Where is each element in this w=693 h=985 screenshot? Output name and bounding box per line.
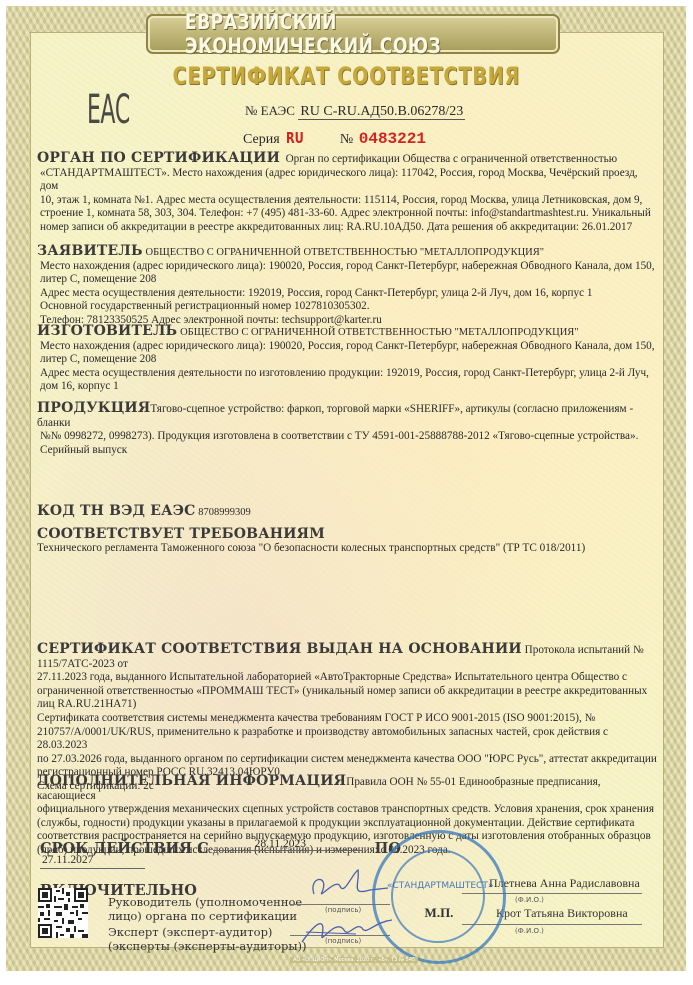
series-line: Серия RU № 0483221 bbox=[243, 129, 426, 148]
eac-logo-icon: ЕАС bbox=[87, 87, 130, 133]
document-title-wrap: СЕРТИФИКАТ СООТВЕТСТВИЯ bbox=[0, 62, 693, 90]
stamp-text: «СТАНДАРТМАШТЕСТ» bbox=[387, 881, 491, 891]
text-line: Сертификата соответствия системы менеджм… bbox=[37, 712, 657, 726]
certification-body-section: ОРГАН ПО СЕРТИФИКАЦИИ Орган по сертифика… bbox=[37, 152, 657, 235]
text-line: официального утверждения механических сц… bbox=[37, 803, 657, 817]
text-line: литер С, помещение 208 bbox=[37, 353, 657, 367]
registration-number: № ЕАЭС RU C-RU.АД50.В.06278/23 bbox=[245, 103, 465, 120]
validity-to-date: 27.11.2027 bbox=[42, 854, 93, 866]
text-line: «СТАНДАРТМАШТЕСТ». Место нахождения (адр… bbox=[37, 167, 657, 194]
text-line: Орган по сертификации Общества с огранич… bbox=[286, 153, 618, 165]
text-line: по 27.03.2026 года, выданного органом по… bbox=[37, 753, 657, 767]
text-line: 210757/А/0001/UK/RUS, применительно к ра… bbox=[37, 726, 657, 753]
product-heading: ПРОДУКЦИЯ bbox=[37, 400, 150, 416]
text-line: дом 16, корпус 1 bbox=[37, 380, 657, 394]
expert-name: Крот Татьяна Викторовна bbox=[496, 906, 628, 921]
head-signatory-name: Плетнева Анна Радиславовна bbox=[489, 876, 640, 891]
reg-label: № ЕАЭС bbox=[245, 103, 295, 118]
text-line: литер С, помещение 208 bbox=[37, 273, 657, 287]
applicant-heading: ЗАЯВИТЕЛЬ bbox=[37, 243, 143, 259]
certification-body-heading: ОРГАН ПО СЕРТИФИКАЦИИ bbox=[37, 150, 280, 166]
union-title: ЕВРАЗИЙСКИЙ ЭКОНОМИЧЕСКИЙ СОЮЗ bbox=[185, 10, 521, 58]
text-line: Место нахождения (адрес юридического лиц… bbox=[37, 260, 657, 274]
text-line: Место нахождения (адрес юридического лиц… bbox=[37, 340, 657, 354]
basis-heading: СЕРТИФИКАТ СООТВЕТСТВИЯ ВЫДАН НА ОСНОВАН… bbox=[37, 641, 522, 657]
applicant-name: ОБЩЕСТВО С ОГРАНИЧЕННОЙ ОТВЕТСТВЕННОСТЬЮ… bbox=[146, 247, 545, 258]
basis-section: СЕРТИФИКАТ СООТВЕТСТВИЯ ВЫДАН НА ОСНОВАН… bbox=[37, 643, 657, 794]
validity-from-date: 28.11.2023 bbox=[255, 838, 306, 850]
certification-stamp: «СТАНДАРТМАШТЕСТ» М.П. bbox=[372, 830, 506, 964]
blank-number-label: № bbox=[340, 132, 353, 147]
manufacturer-heading: ИЗГОТОВИТЕЛЬ bbox=[37, 323, 177, 339]
hs-code-heading: КОД ТН ВЭД ЕАЭС bbox=[37, 503, 195, 519]
expert-signatory-label: Эксперт (эксперт-аудитор) (эксперты (экс… bbox=[108, 925, 307, 953]
document-title: СЕРТИФИКАТ СООТВЕТСТВИЯ bbox=[173, 62, 521, 90]
validity-to-field: 27.11.2027 bbox=[40, 868, 145, 869]
text-line: №№ 0998272, 0998273). Продукция изготовл… bbox=[37, 430, 657, 444]
reg-value: RU C-RU.АД50.В.06278/23 bbox=[298, 104, 465, 120]
text-line: строение 1, комната 58, 303, 304. Телефо… bbox=[37, 207, 657, 221]
validity-from-field: 28.11.2023 bbox=[213, 850, 363, 851]
text-line: (службы, годности) продукции указаны в п… bbox=[37, 817, 657, 831]
head-name-caption: (Ф.И.О.) bbox=[515, 896, 544, 904]
product-section: ПРОДУКЦИЯТягово-сцепное устройство: фарк… bbox=[37, 402, 657, 457]
manufacturer-section: ИЗГОТОВИТЕЛЬ ОБЩЕСТВО С ОГРАНИЧЕННОЙ ОТВ… bbox=[37, 325, 657, 394]
label-line: Руководитель (уполномоченное bbox=[108, 895, 302, 909]
seal-label: М.П. bbox=[375, 905, 503, 921]
blank-number: 0483221 bbox=[359, 130, 426, 148]
manufacturer-name: ОБЩЕСТВО С ОГРАНИЧЕННОЙ ОТВЕТСТВЕННОСТЬЮ… bbox=[180, 327, 579, 338]
applicant-section: ЗАЯВИТЕЛЬ ОБЩЕСТВО С ОГРАНИЧЕННОЙ ОТВЕТС… bbox=[37, 245, 657, 328]
head-signatory-label: Руководитель (уполномоченное лицо) орган… bbox=[108, 895, 302, 923]
hs-code-value: 8708999309 bbox=[198, 507, 251, 518]
series-value: RU bbox=[286, 129, 304, 147]
conformity-text: Технического регламента Таможенного союз… bbox=[37, 542, 657, 556]
text-line: Адрес места осуществления деятельности: … bbox=[37, 287, 657, 301]
expert-name-caption: (Ф.И.О.) bbox=[515, 927, 544, 935]
stamp-inner-ring bbox=[391, 849, 485, 943]
text-line: 27.11.2023 года, выданного Испытательной… bbox=[37, 671, 657, 685]
text-line: ограниченной ответственностью «ПРОММАШ Т… bbox=[37, 685, 657, 699]
additional-heading: ДОПОЛНИТЕЛЬНАЯ ИНФОРМАЦИЯ bbox=[37, 773, 346, 789]
text-line: Адрес места осуществления деятельности п… bbox=[37, 367, 657, 381]
text-line: лиц RA.RU.21НА71) bbox=[37, 698, 657, 712]
union-banner: ЕВРАЗИЙСКИЙ ЭКОНОМИЧЕСКИЙ СОЮЗ bbox=[146, 14, 560, 54]
conformity-heading: СООТВЕТСТВУЕТ ТРЕБОВАНИЯМ bbox=[37, 528, 657, 542]
qr-code-icon[interactable] bbox=[38, 888, 88, 938]
text-line: Основной государственный регистрационный… bbox=[37, 300, 657, 314]
label-line: лицо) органа по сертификации bbox=[108, 909, 302, 923]
series-label: Серия bbox=[243, 132, 280, 147]
text-line: 10, этаж 1, комната №1. Адрес места осущ… bbox=[37, 194, 657, 208]
print-info: АО «ОПЦИОН», Москва, 2020 г., «Б», ТЗ № … bbox=[290, 957, 418, 963]
hs-code-section: КОД ТН ВЭД ЕАЭС 8708999309 bbox=[37, 505, 657, 520]
text-line: номер записи об аккредитации в реестре а… bbox=[37, 221, 657, 235]
label-line: (эксперты (эксперты-аудиторы)) bbox=[108, 939, 307, 953]
conformity-section: СООТВЕТСТВУЕТ ТРЕБОВАНИЯМ Технического р… bbox=[37, 528, 657, 555]
label-line: Эксперт (эксперт-аудитор) bbox=[108, 925, 307, 939]
text-line: Серийный выпуск bbox=[37, 444, 657, 458]
